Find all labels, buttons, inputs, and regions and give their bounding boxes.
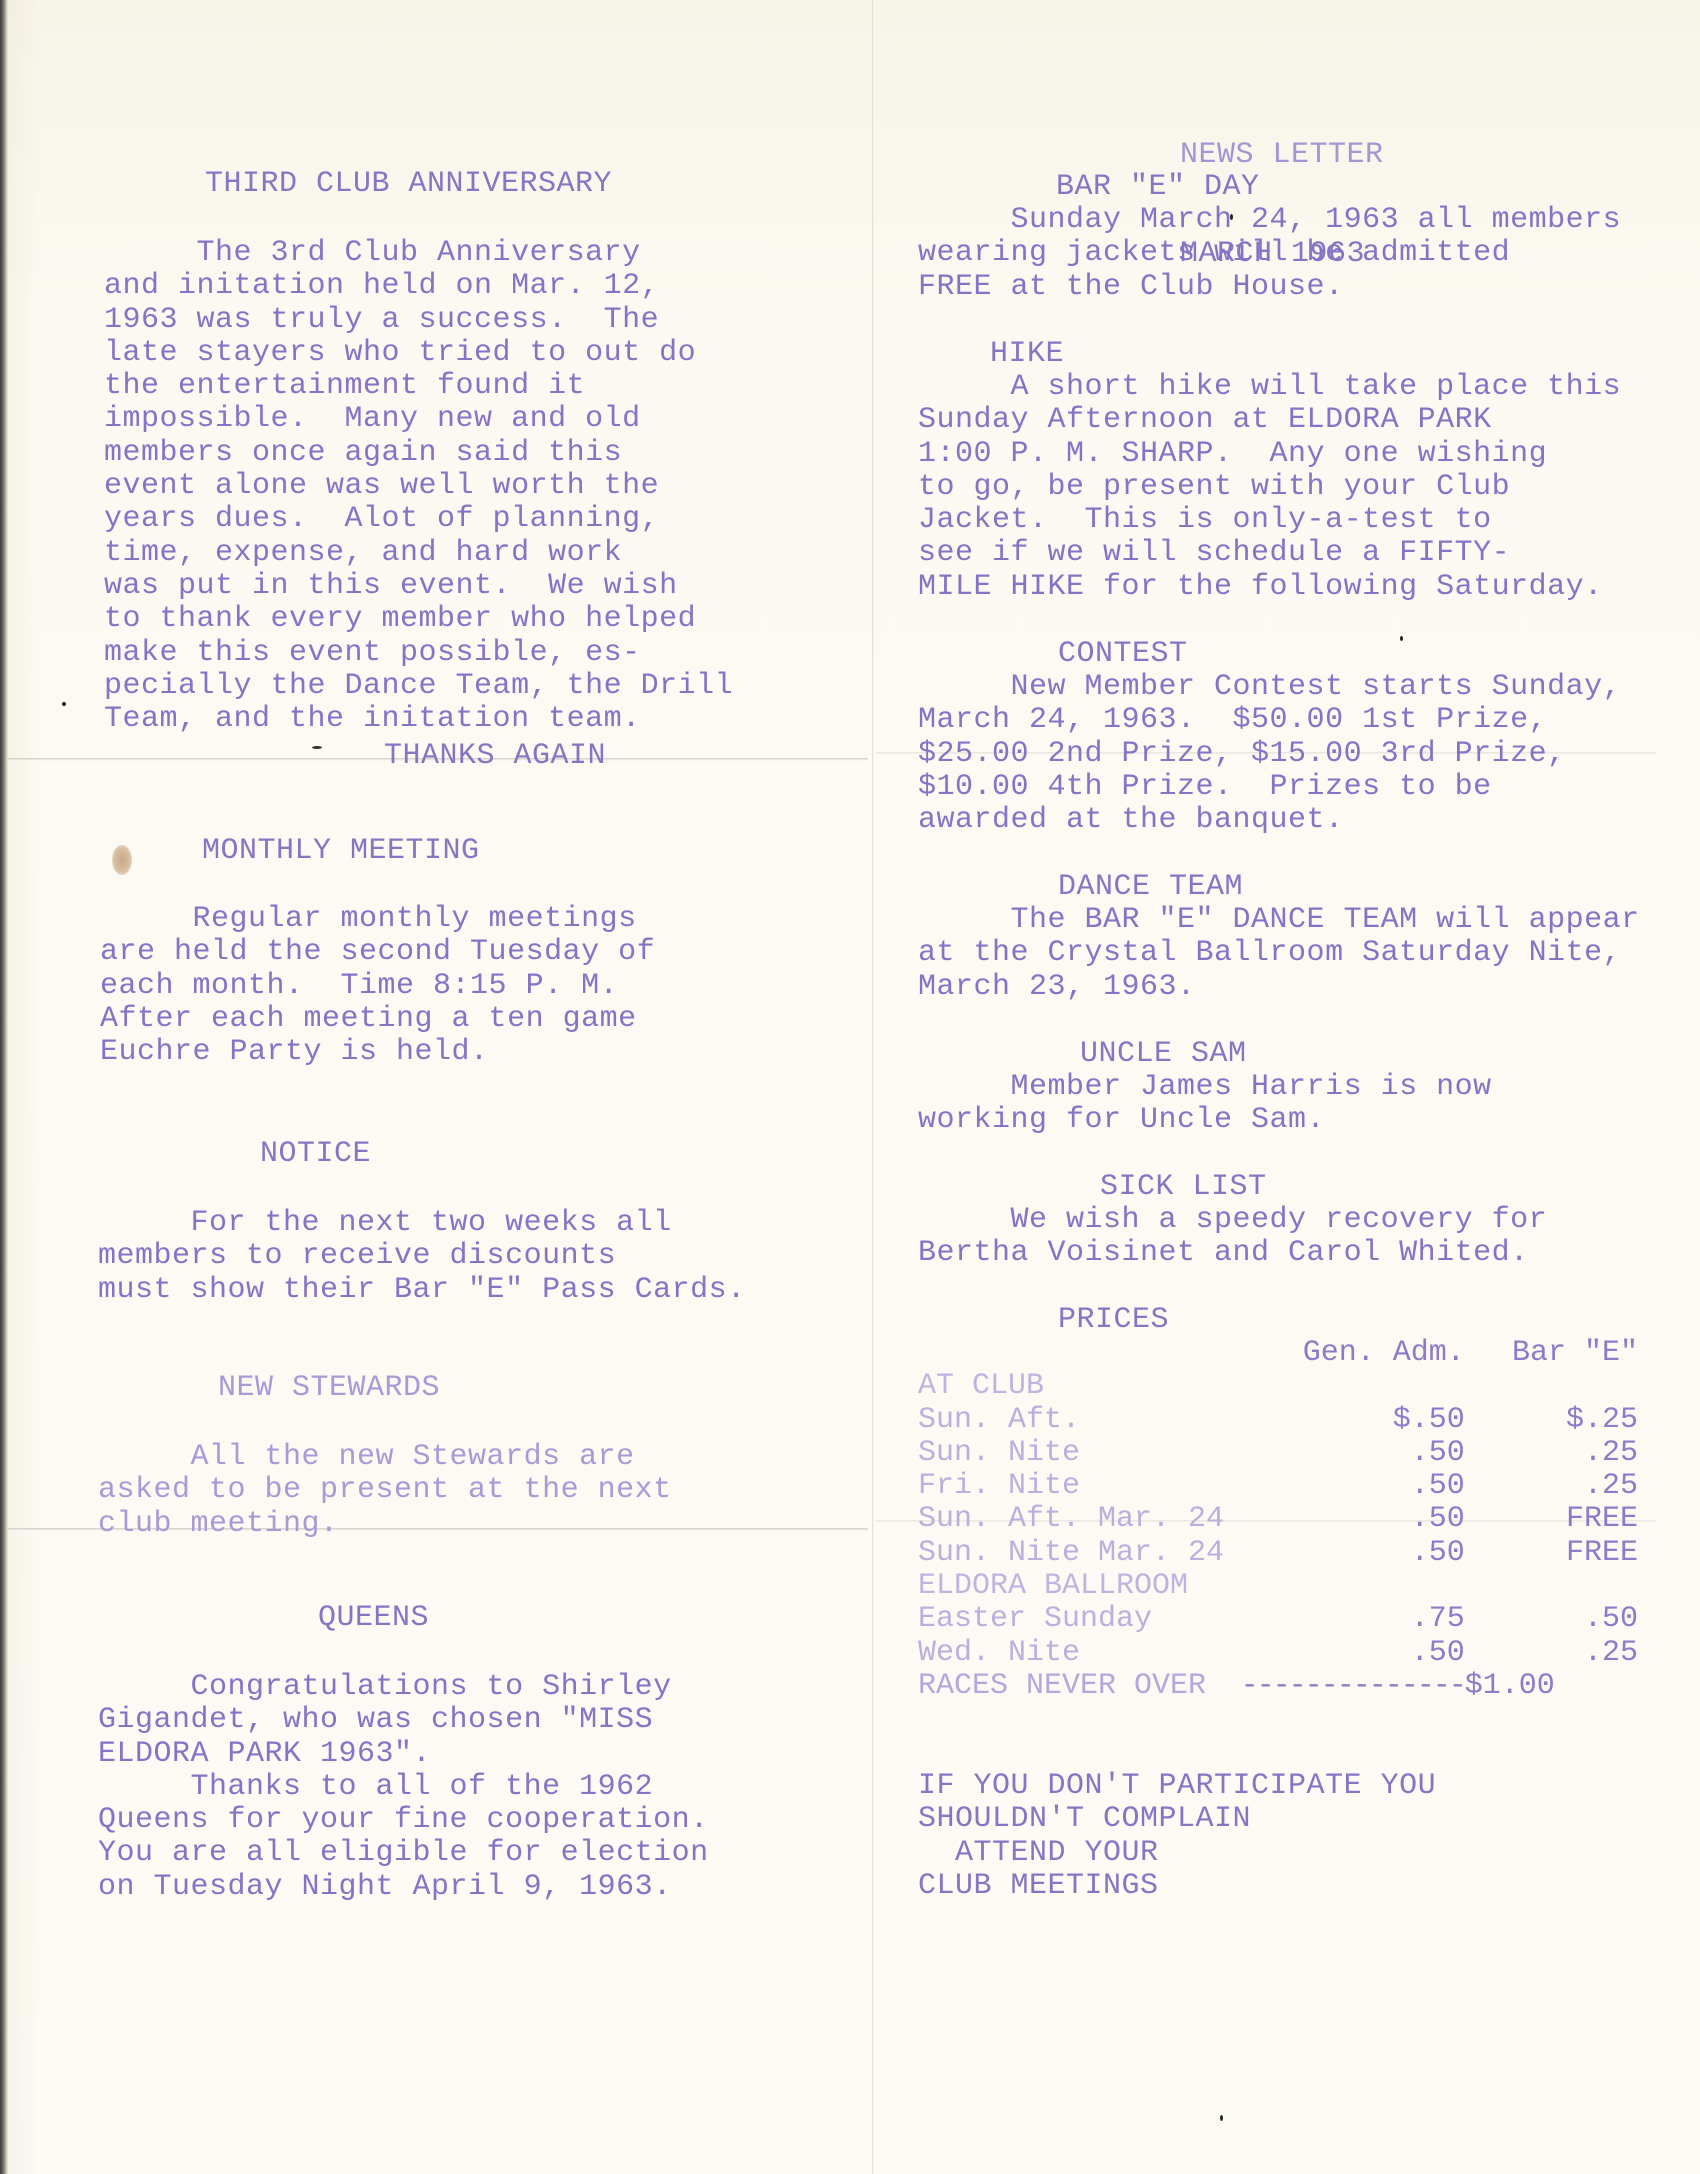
paper-stain [112,845,132,875]
prices-group-row: AT CLUB [918,1370,1638,1403]
prices-row-label: Sun. Nite [918,1437,1241,1470]
prices-table: Gen. Adm. Bar "E" AT CLUBSun. Aft.$.50$.… [918,1337,1638,1703]
prices-header-row: Gen. Adm. Bar "E" [918,1337,1638,1370]
prices-row-label: RACES NEVER OVER [918,1670,1241,1703]
section-heading-sick-list: SICK LIST [1100,1171,1267,1204]
prices-row-gen-adm [1241,1570,1465,1603]
prices-col-bar-e: Bar "E" [1465,1337,1638,1370]
paper-speck [62,702,66,706]
section-heading-dance-team: DANCE TEAM [1058,871,1243,904]
prices-col-gen-adm: Gen. Adm. [1241,1337,1465,1370]
section-body-monthly-meeting: Regular monthly meetings are held the se… [100,903,655,1069]
prices-row-price: $1.00 [1465,1670,1638,1703]
section-body-contest: New Member Contest starts Sunday, March … [918,671,1621,837]
prices-row-gen-adm: .50 [1241,1503,1465,1536]
section-heading-hike: HIKE [990,338,1064,371]
prices-group-row: ELDORA BALLROOM [918,1570,1638,1603]
section-body-uncle-sam: Member James Harris is now working for U… [918,1071,1492,1138]
prices-row-label: Fri. Nite [918,1470,1241,1503]
prices-row-label: Sun. Aft. [918,1404,1241,1437]
section-heading-monthly-meeting: MONTHLY MEETING [202,835,480,868]
prices-row-label: AT CLUB [918,1370,1241,1403]
prices-row: Fri. Nite.50.25 [918,1470,1638,1503]
prices-row: Easter Sunday.75.50 [918,1603,1638,1636]
section-heading-notice: NOTICE [260,1138,371,1171]
prices-col-label [918,1337,1241,1370]
paper-speck [1230,214,1233,220]
prices-row-gen-adm: $.50 [1241,1404,1465,1437]
vertical-fold-line [872,0,874,2174]
prices-row: Sun. Aft.$.50$.25 [918,1404,1638,1437]
section-body-queens: Congratulations to Shirley Gigandet, who… [98,1671,709,1904]
prices-row-gen-adm: .50 [1241,1470,1465,1503]
prices-row-gen-adm [1241,1370,1465,1403]
section-heading-contest: CONTEST [1058,638,1188,671]
prices-row-bar-e: FREE [1465,1537,1638,1570]
section-body-sick-list: We wish a speedy recovery for Bertha Voi… [918,1204,1547,1271]
section-heading-new-stewards: NEW STEWARDS [218,1372,440,1405]
closing-slogan: IF YOU DON'T PARTICIPATE YOU SHOULDN'T C… [918,1770,1436,1903]
section-heading-anniversary: THIRD CLUB ANNIVERSARY [205,168,612,201]
section-heading-bar-e-day: BAR "E" DAY [1056,171,1260,204]
prices-row-label: Sun. Nite Mar. 24 [918,1537,1241,1570]
prices-row-label: Sun. Aft. Mar. 24 [918,1503,1241,1536]
prices-row-label: Wed. Nite [918,1637,1241,1670]
section-body-hike: A short hike will take place this Sunday… [918,371,1621,604]
section-body-new-stewards: All the new Stewards are asked to be pre… [98,1441,672,1541]
prices-row-bar-e: .25 [1465,1637,1638,1670]
prices-row-gen-adm: .50 [1241,1437,1465,1470]
prices-row-bar-e: .50 [1465,1603,1638,1636]
prices-row: Sun. Nite Mar. 24.50FREE [918,1537,1638,1570]
paper-edge-shadow [0,0,8,2174]
prices-rows: AT CLUBSun. Aft.$.50$.25Sun. Nite.50.25F… [918,1370,1638,1703]
prices-row: RACES NEVER OVER--------------$1.00 [918,1670,1638,1703]
anniversary-signoff: THANKS AGAIN [384,740,606,773]
prices-row-bar-e: $.25 [1465,1404,1638,1437]
prices-leader-dashes: -------------- [1241,1670,1465,1703]
section-heading-uncle-sam: UNCLE SAM [1080,1038,1247,1071]
prices-row-gen-adm: .75 [1241,1603,1465,1636]
prices-row: Sun. Nite.50.25 [918,1437,1638,1470]
prices-row-bar-e: .25 [1465,1437,1638,1470]
section-heading-prices: PRICES [1058,1304,1169,1337]
section-body-bar-e-day: Sunday March 24, 1963 all members wearin… [918,204,1621,304]
section-body-anniversary: The 3rd Club Anniversary and initation h… [104,237,733,736]
prices-row-bar-e [1465,1570,1638,1603]
prices-row-gen-adm: .50 [1241,1537,1465,1570]
masthead-title: NEWS LETTER [1180,139,1384,172]
section-heading-queens: QUEENS [318,1602,429,1635]
prices-row-bar-e: .25 [1465,1470,1638,1503]
prices-row-label: Easter Sunday [918,1603,1241,1636]
section-body-dance-team: The BAR "E" DANCE TEAM will appear at th… [918,904,1640,1004]
prices-row-label: ELDORA BALLROOM [918,1570,1241,1603]
paper-speck [312,746,322,749]
section-body-notice: For the next two weeks all members to re… [98,1207,746,1307]
paper-speck [1400,636,1403,641]
prices-row: Wed. Nite.50.25 [918,1637,1638,1670]
prices-row-bar-e [1465,1370,1638,1403]
prices-row-bar-e: FREE [1465,1503,1638,1536]
newsletter-page: NEWS LETTER MARCH 1963 THIRD CLUB ANNIVE… [0,0,1700,2174]
prices-row: Sun. Aft. Mar. 24.50FREE [918,1503,1638,1536]
prices-row-gen-adm: .50 [1241,1637,1465,1670]
paper-speck [1220,2115,1223,2121]
